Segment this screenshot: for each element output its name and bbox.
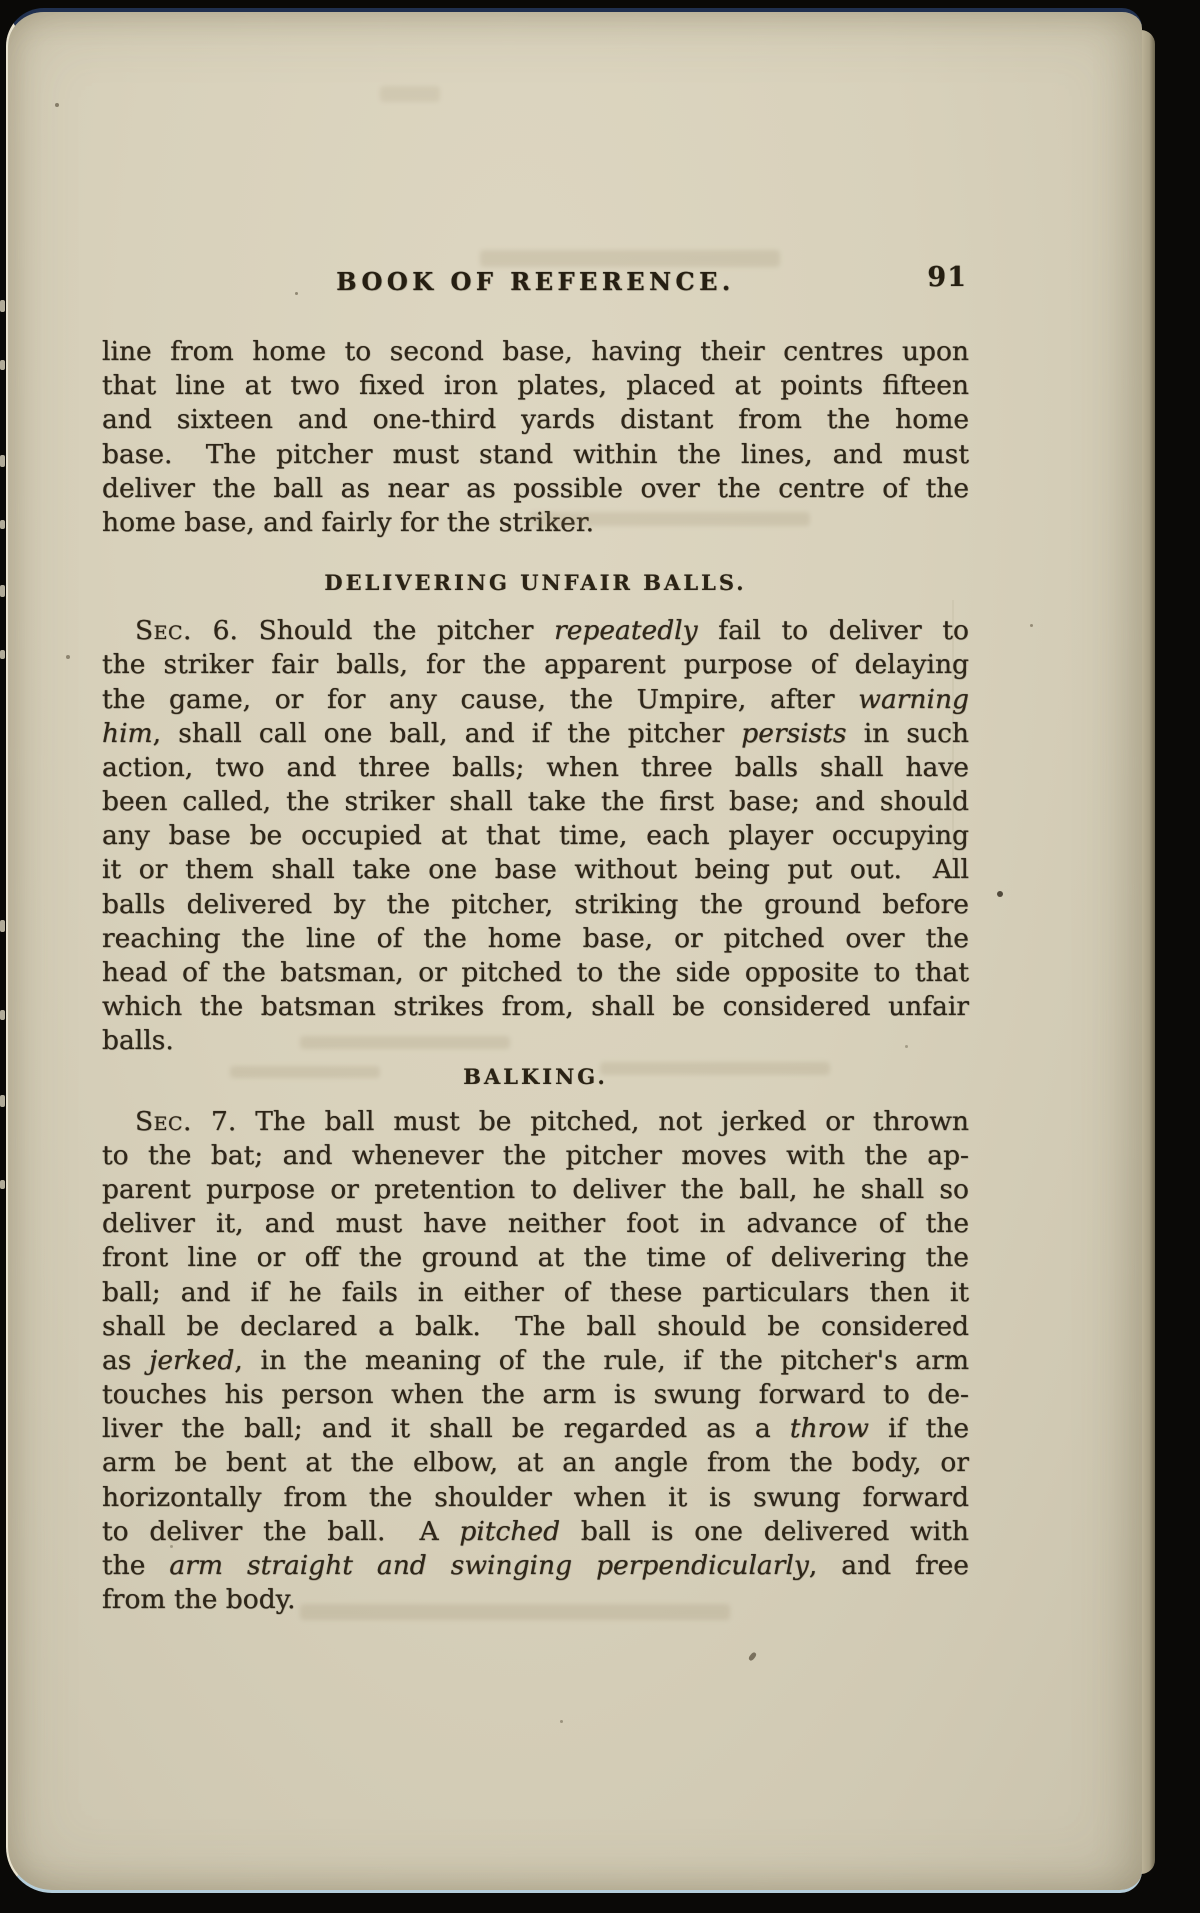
body-text-segment: horizontally from the shoulder when it i… [102,1482,969,1513]
body-text-segment: which the batsman strikes from, shall be… [102,991,969,1022]
text-line: horizontally from the shoulder when it i… [102,1481,969,1515]
text-line: been called, the striker shall take the … [102,785,969,819]
text-line: Sec. 7. The ball must be pitched, not je… [102,1105,969,1139]
body-text-segment: fail to deliver to [698,615,969,646]
ink-speck [997,891,1003,897]
body-text-segment: home base, and fairly for the striker. [102,507,594,538]
body-text-segment: the striker fair balls, for the apparent… [102,649,969,680]
body-text-segment: been called, the striker shall take the … [102,786,969,817]
ink-speck [905,1045,908,1048]
paper-fold-line [952,600,954,860]
ink-speck [55,103,59,107]
body-text-segment: , in the meaning of the rule, if the pit… [234,1345,969,1376]
text-line: reaching the line of the home base, or p… [102,922,969,956]
text-line: as jerked, in the meaning of the rule, i… [102,1344,969,1378]
body-text-segment: balls delivered by the pitcher, striking… [102,889,969,920]
facing-page-edge-mark [0,520,5,529]
show-through-ghost [530,512,810,526]
facing-page-edge-mark [0,360,5,370]
body-text-segment: shall be declared a balk. The ball shoul… [102,1311,969,1342]
body-text-segment: to deliver the ball. A [102,1516,459,1547]
facing-page-edge-mark [0,455,5,467]
body-text-segment: liver the ball; and it shall be regarded… [102,1413,790,1444]
text-line: the striker fair balls, for the apparent… [102,648,969,682]
italic-text: arm straight and swinging perpendicularl… [169,1550,808,1581]
body-text-segment: the game, or for any cause, the Umpire, … [102,684,858,715]
text-line: to deliver the ball. A pitched ball is o… [102,1515,969,1549]
text-line: deliver it, and must have neither foot i… [102,1207,969,1241]
body-text-segment: 6. Should the pitcher [192,615,554,646]
body-text-segment: and sixteen and one-third yards distant … [102,404,969,435]
body-text-segment: base. The pitcher must stand within the … [102,439,969,470]
text-line: Sec. 6. Should the pitcher repeatedly fa… [102,614,969,648]
running-head: BOOK OF REFERENCE. 91 [102,266,969,298]
body-text-segment: line from home to second base, having th… [102,336,969,367]
text-line: the arm straight and swinging perpendicu… [102,1549,969,1583]
text-line: parent purpose or pretention to deliver … [102,1173,969,1207]
body-text-segment: arm be bent at the elbow, at an angle fr… [102,1447,969,1478]
body-text-segment: any base be occupied at that time, each … [102,820,969,851]
body-text-segment: front line or off the ground at the time… [102,1242,969,1273]
scanned-book-photo: BOOK OF REFERENCE. 91 line from home to … [0,0,1200,1913]
body-text-segment: 7. The ball must be pitched, not jerked … [192,1106,969,1137]
text-line: front line or off the ground at the time… [102,1241,969,1275]
text-line: to the bat; and whenever the pitcher mov… [102,1139,969,1173]
facing-page-edge-mark [0,1095,5,1107]
body-text-segment: action, two and three balls; when three … [102,752,969,783]
ink-speck [170,1545,173,1548]
text-line: shall be declared a balk. The ball shoul… [102,1310,969,1344]
italic-text: throw [790,1413,869,1444]
text-line: which the batsman strikes from, shall be… [102,990,969,1024]
text-line: base. The pitcher must stand within the … [102,438,969,472]
page-number: 91 [927,262,967,294]
body-text-segment: touches his person when the arm is swung… [102,1379,969,1410]
paragraph: Sec. 7. The ball must be pitched, not je… [102,1105,969,1618]
text-line: head of the batsman, or pitched to the s… [102,956,969,990]
ink-speck [1030,624,1033,627]
body-text-segment: reaching the line of the home base, or p… [102,923,969,954]
text-line: the game, or for any cause, the Umpire, … [102,683,969,717]
body-text-segment: head of the batsman, or pitched to the s… [102,957,969,988]
show-through-ghost [380,86,440,102]
italic-text: persists [741,718,846,749]
italic-text: pitched [459,1516,560,1547]
ink-speck [868,1352,871,1355]
facing-page-edge-mark [0,920,5,932]
show-through-ghost [480,250,780,267]
body-text-segment: from the body. [102,1584,296,1615]
body-text-segment: ball; and if he fails in either of these… [102,1277,969,1308]
ink-speck [295,292,298,295]
facing-page-edge-mark [0,1010,5,1020]
text-line: ball; and if he fails in either of these… [102,1276,969,1310]
facing-page-edge-mark [0,1180,5,1189]
text-line: balls. [102,1024,969,1058]
text-line: line from home to second base, having th… [102,335,969,369]
body-text-segment: ball is one delivered with [560,1516,969,1547]
running-head-title: BOOK OF REFERENCE. [336,267,735,296]
ink-speck [66,655,70,659]
facing-page-edge-mark [0,585,5,597]
ink-speck [560,1720,563,1723]
body-text-segment: if the [869,1413,969,1444]
text-line: action, two and three balls; when three … [102,751,969,785]
page-body: line from home to second base, having th… [102,335,969,1617]
body-text-segment: the [102,1550,169,1581]
body-text-segment: deliver it, and must have neither foot i… [102,1208,969,1239]
text-line: touches his person when the arm is swung… [102,1378,969,1412]
show-through-ghost [300,1036,510,1049]
italic-text: repeatedly [554,615,698,646]
section-heading: DELIVERING UNFAIR BALLS. [102,568,969,598]
text-line: and sixteen and one-third yards distant … [102,403,969,437]
facing-page-edge-mark [0,300,5,312]
body-text-segment: deliver the ball as near as possible ove… [102,473,969,504]
paragraph: line from home to second base, having th… [102,335,969,540]
text-line: him, shall call one ball, and if the pit… [102,717,969,751]
text-line: any base be occupied at that time, each … [102,819,969,853]
body-text-segment: to the bat; and whenever the pitcher mov… [102,1140,969,1171]
body-text-segment: , and free [809,1550,969,1581]
text-line: it or them shall take one base without b… [102,853,969,887]
text-line: balls delivered by the pitcher, striking… [102,888,969,922]
body-text-segment: balls. [102,1025,174,1056]
show-through-ghost [300,1604,730,1620]
show-through-ghost [230,1066,380,1078]
facing-page-edge-mark [0,650,5,659]
body-text-segment: that line at two fixed iron plates, plac… [102,370,969,401]
body-text-segment: as [102,1345,149,1376]
italic-text: him [102,718,153,749]
italic-text: jerked [149,1345,234,1376]
body-text-segment: it or them shall take one base without b… [102,854,969,885]
text-line: liver the ball; and it shall be regarded… [102,1412,969,1446]
paragraph: Sec. 6. Should the pitcher repeatedly fa… [102,614,969,1058]
body-text-segment: in such [847,718,969,749]
show-through-ghost [600,1062,830,1075]
body-text-segment: parent purpose or pretention to deliver … [102,1174,969,1205]
smallcaps-text: Sec. [135,1106,192,1137]
text-line: deliver the ball as near as possible ove… [102,472,969,506]
text-line: arm be bent at the elbow, at an angle fr… [102,1446,969,1480]
body-text-segment: , shall call one ball, and if the pitche… [153,718,742,749]
smallcaps-text: Sec. [135,615,192,646]
text-line: that line at two fixed iron plates, plac… [102,369,969,403]
